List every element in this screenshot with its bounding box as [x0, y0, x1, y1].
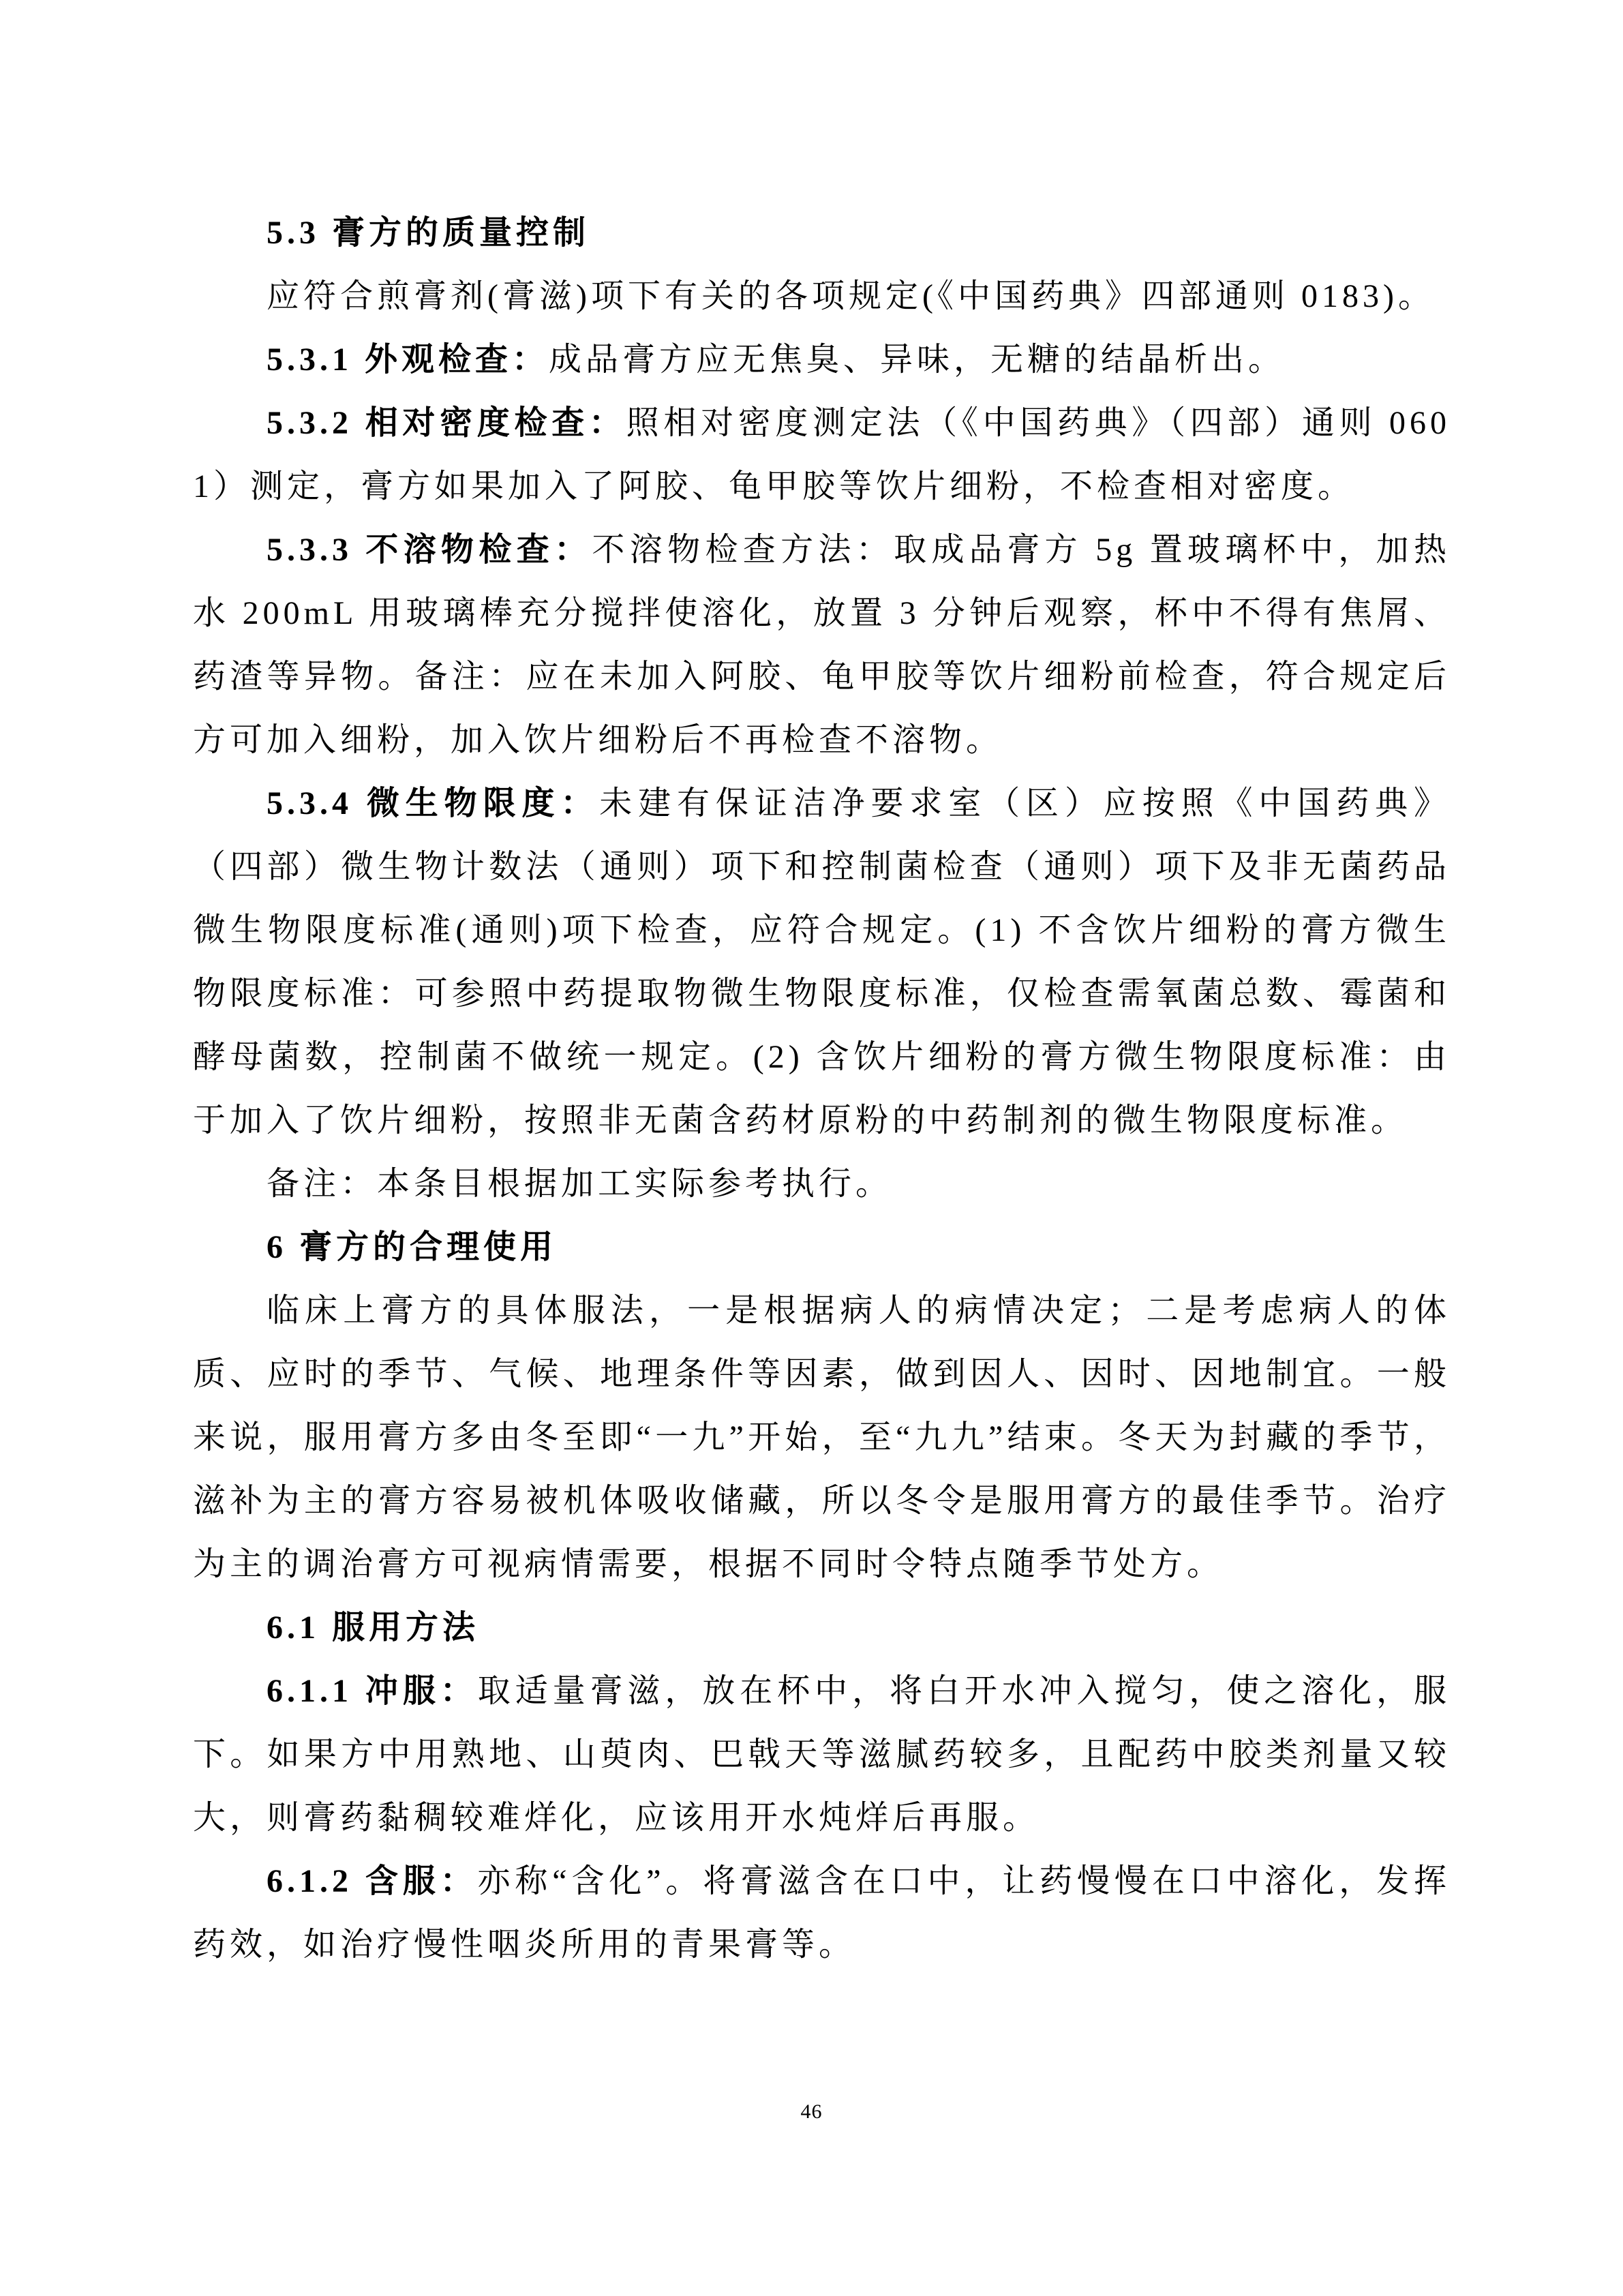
section-heading-6-1: 6.1 服用方法: [193, 1596, 1451, 1659]
heading-6-1-text: 6.1 服用方法: [267, 1610, 479, 1646]
section-heading-6: 6 膏方的合理使用: [193, 1215, 1451, 1279]
para-6-1-2-label: 6.1.2 含服：: [267, 1863, 478, 1899]
para-6-1-2: 6.1.2 含服：亦称“含化”。将膏滋含在口中，让药慢慢在口中溶化，发挥药效，如…: [193, 1849, 1451, 1976]
para-5-3-2: 5.3.2 相对密度检查：照相对密度测定法（《中国药典》（四部）通则 0601）…: [193, 391, 1451, 518]
para-5-3-2-label: 5.3.2 相对密度检查：: [267, 405, 626, 441]
para-6-1-1-label: 6.1.1 冲服：: [267, 1673, 478, 1709]
heading-6-text: 6 膏方的合理使用: [267, 1229, 557, 1265]
page-number: 46: [0, 2100, 1623, 2124]
para-5-3-1-text: 成品膏方应无焦臭、异味，无糖的结晶析出。: [549, 342, 1285, 378]
section-heading-5-3: 5.3 膏方的质量控制: [193, 201, 1451, 265]
para-remark: 备注：本条目根据加工实际参考执行。: [193, 1152, 1451, 1215]
para-6-1-1: 6.1.1 冲服：取适量膏滋，放在杯中，将白开水冲入搅匀，使之溶化，服下。如果方…: [193, 1659, 1451, 1849]
heading-5-3-text: 5.3 膏方的质量控制: [267, 215, 590, 251]
para-5-3-3: 5.3.3 不溶物检查：不溶物检查方法：取成品膏方 5g 置玻璃杯中，加热水 2…: [193, 518, 1451, 772]
document-page: 5.3 膏方的质量控制 应符合煎膏剂(膏滋)项下有关的各项规定(《中国药典》四部…: [0, 0, 1623, 2296]
para-5-3-3-label: 5.3.3 不溶物检查：: [267, 532, 592, 568]
para-5-3-1: 5.3.1 外观检查：成品膏方应无焦臭、异味，无糖的结晶析出。: [193, 328, 1451, 391]
para-5-3-intro: 应符合煎膏剂(膏滋)项下有关的各项规定(《中国药典》四部通则 0183)。: [193, 265, 1451, 328]
para-5-3-intro-text: 应符合煎膏剂(膏滋)项下有关的各项规定(《中国药典》四部通则 0183)。: [267, 278, 1435, 314]
para-6-intro-text: 临床上膏方的具体服法，一是根据病人的病情决定；二是考虑病人的体质、应时的季节、气…: [193, 1293, 1451, 1582]
para-remark-text: 备注：本条目根据加工实际参考执行。: [267, 1166, 892, 1202]
para-5-3-1-label: 5.3.1 外观检查：: [267, 342, 549, 378]
para-5-3-4-label: 5.3.4 微生物限度：: [267, 785, 599, 821]
para-6-intro: 临床上膏方的具体服法，一是根据病人的病情决定；二是考虑病人的体质、应时的季节、气…: [193, 1279, 1451, 1596]
para-5-3-4: 5.3.4 微生物限度：未建有保证洁净要求室（区）应按照《中国药典》（四部）微生…: [193, 772, 1451, 1152]
para-5-3-4-text: 未建有保证洁净要求室（区）应按照《中国药典》（四部）微生物计数法（通则）项下和控…: [193, 785, 1451, 1138]
document-body: 5.3 膏方的质量控制 应符合煎膏剂(膏滋)项下有关的各项规定(《中国药典》四部…: [193, 201, 1451, 1976]
